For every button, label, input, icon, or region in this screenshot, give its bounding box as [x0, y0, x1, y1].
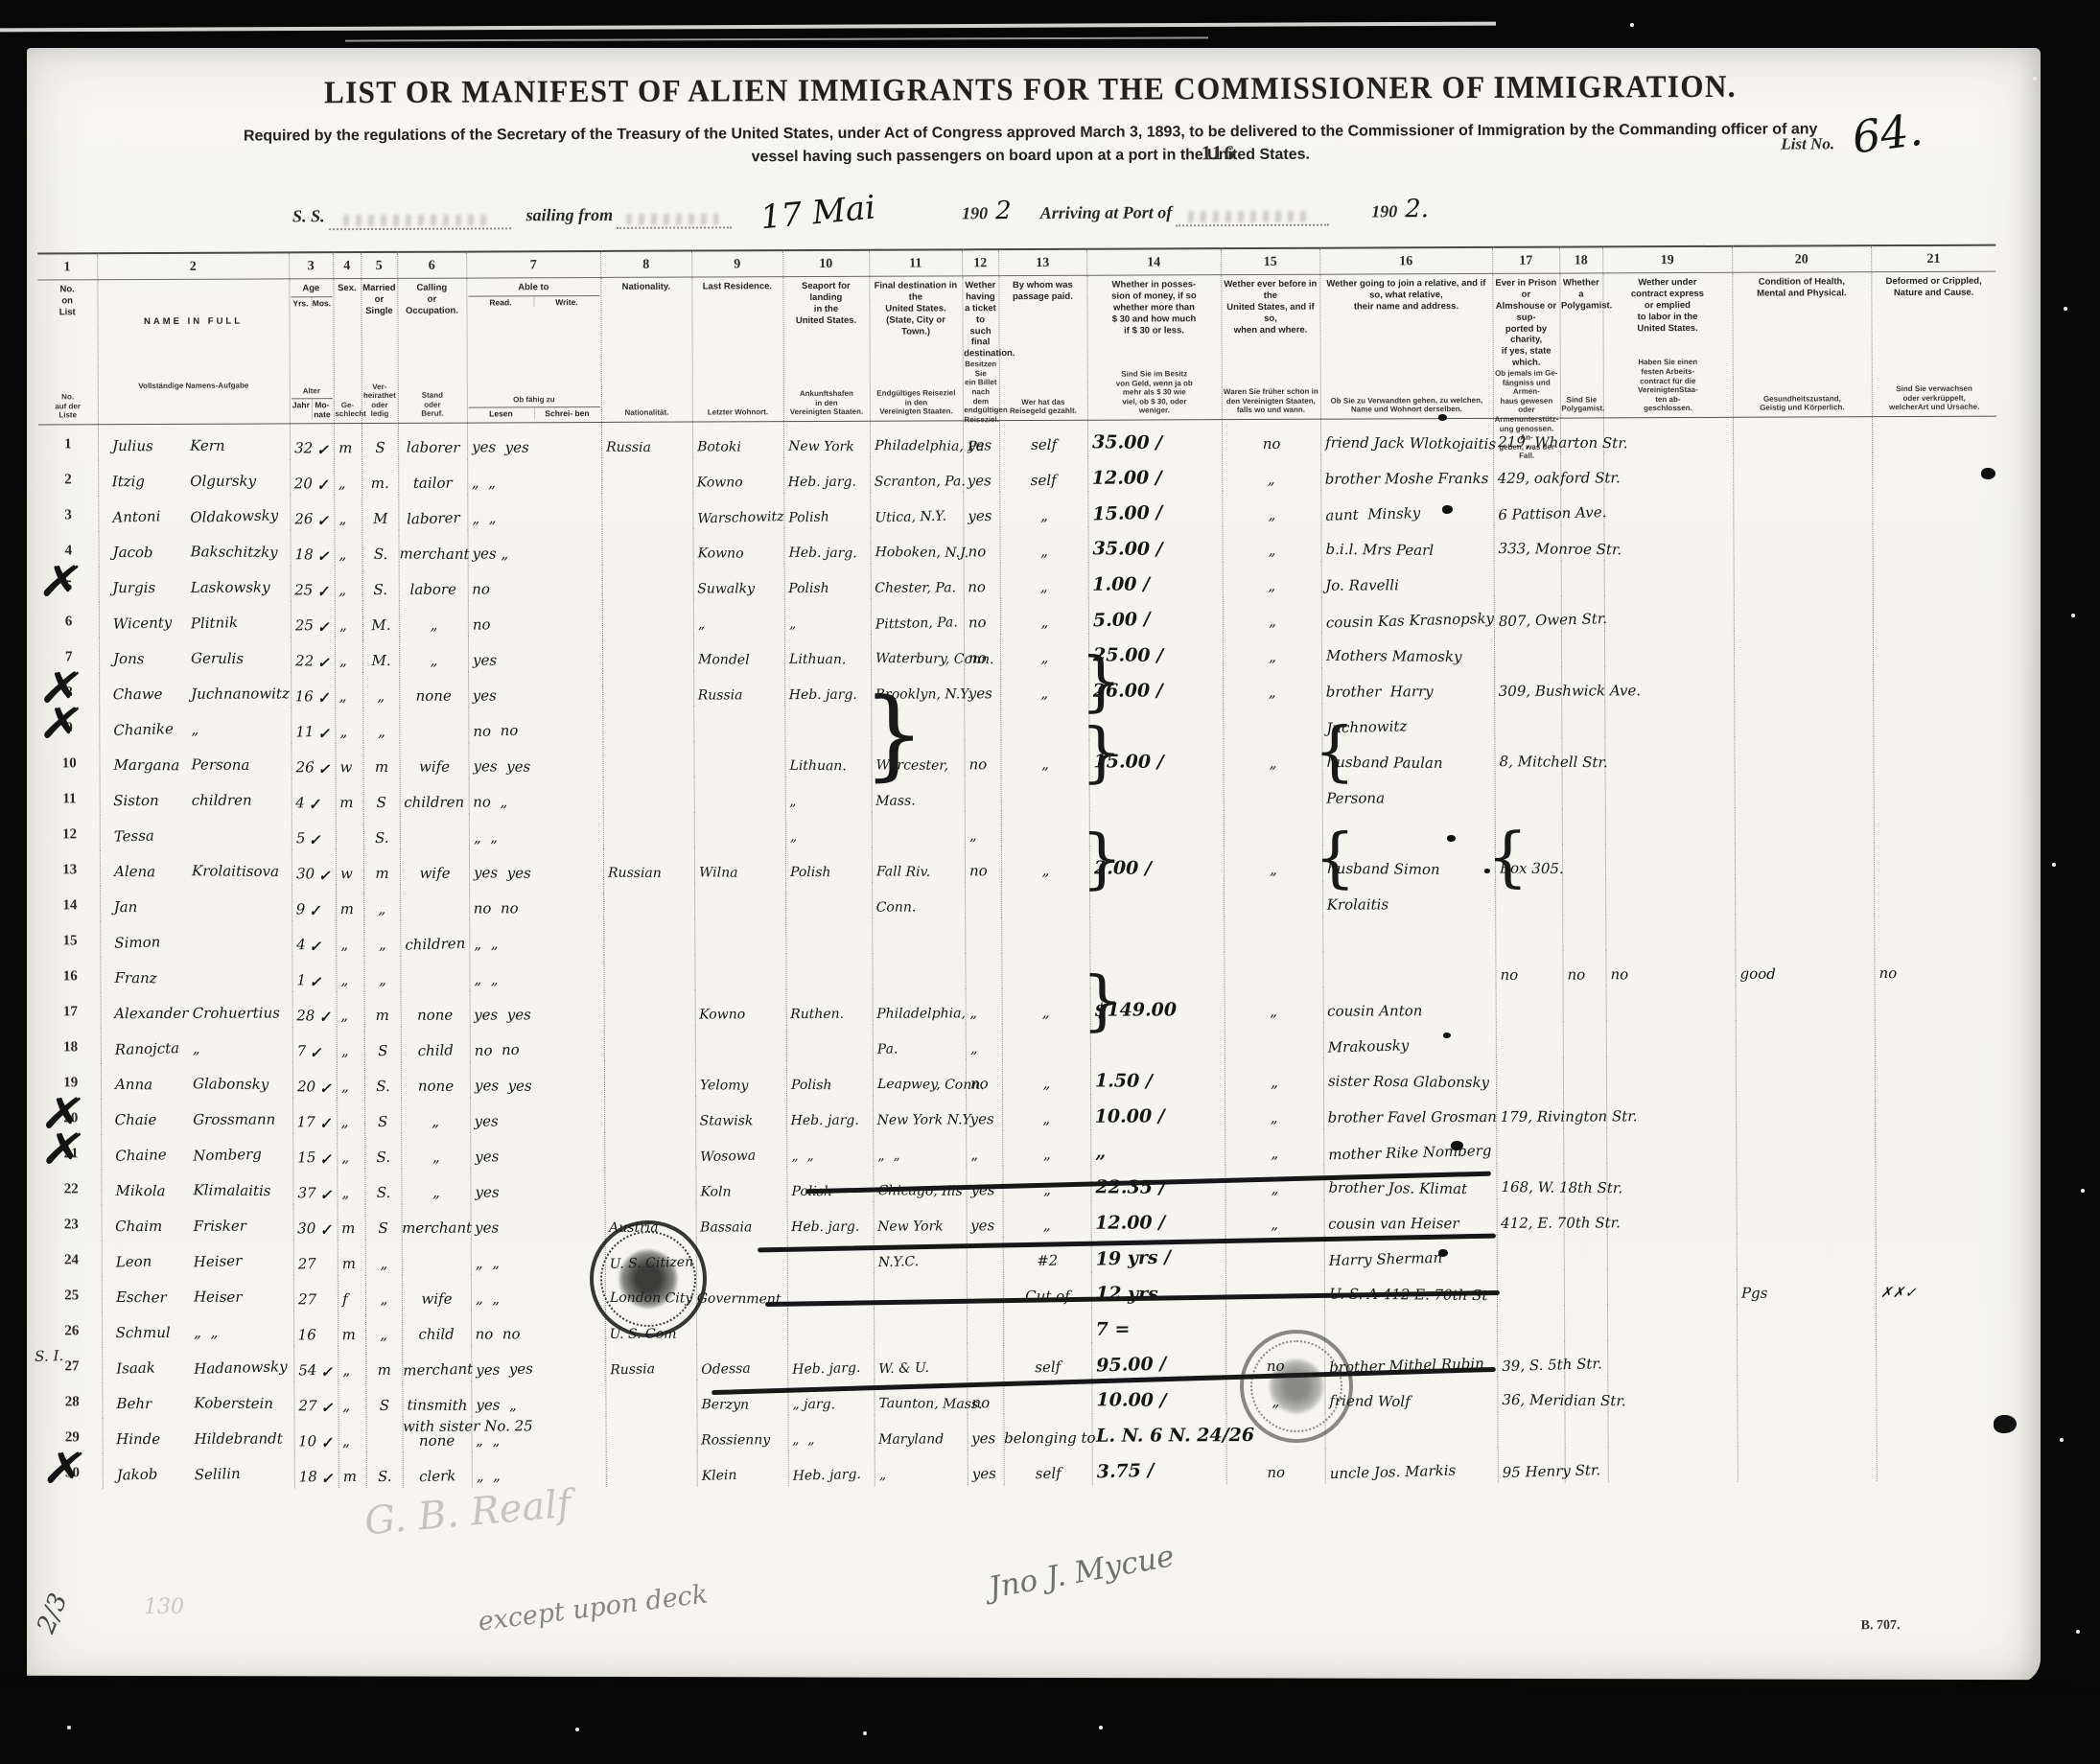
- cell-col21: [1876, 1233, 2000, 1269]
- cell-age: 27: [293, 1240, 338, 1275]
- handwritten-entry: 7 =: [1092, 1321, 1131, 1343]
- cell-married-single: „: [365, 1240, 402, 1275]
- handwritten-entry: Lithuan.: [784, 653, 845, 670]
- handwritten-entry: „: [337, 1044, 348, 1062]
- surname: [189, 986, 193, 989]
- cell-occupation: wife: [402, 1275, 471, 1311]
- column-number-2: 2: [97, 252, 289, 279]
- cell-relative: friend Jack Wlotkojaitis: [1320, 418, 1493, 454]
- cell-col20: [1737, 1304, 1876, 1340]
- cell-age: 11✓: [291, 708, 335, 743]
- cell-col21: [1872, 488, 1996, 524]
- statutory-subtitle: Required by the regulations of the Secre…: [24, 117, 2038, 172]
- handwritten-entry: yes: [968, 1467, 996, 1486]
- handwritten-entry: „: [1002, 1006, 1089, 1024]
- cell-age: 25✓: [291, 601, 335, 637]
- handwritten-entry: Heb. jarg.: [788, 1361, 861, 1381]
- cell-name: MarganaPersona: [99, 743, 291, 779]
- cell-sex: „: [334, 530, 362, 566]
- cell-col18: [1564, 1234, 1607, 1269]
- cell-col19: [1604, 560, 1734, 596]
- handwritten-entry: „: [1223, 614, 1320, 635]
- cell-col18: [1561, 666, 1604, 702]
- handwritten-entry: Pittston, Pa.: [871, 616, 957, 636]
- cell-married-single: „: [362, 708, 399, 743]
- cell-col19: [1606, 1056, 1736, 1093]
- cell-name: Tessa: [100, 814, 292, 850]
- header-en: Wether having a ticket to such final des…: [964, 280, 997, 360]
- cell-col18: [1560, 453, 1603, 489]
- age-value: 27: [294, 1399, 316, 1417]
- cell-destination: }Worcester,: [871, 740, 964, 776]
- cell-married-single: „: [365, 1311, 402, 1346]
- cell-before-us: [1225, 1413, 1324, 1449]
- handwritten-entry: „: [1000, 651, 1087, 670]
- handwritten-entry: m: [364, 1009, 400, 1027]
- handwritten-entry: Russia: [606, 1362, 655, 1381]
- illegible-ship-name: [343, 214, 489, 226]
- handwritten-entry: self: [1000, 474, 1087, 492]
- handwritten-entry: „: [337, 1009, 348, 1027]
- cell-sex: „: [337, 991, 364, 1027]
- surname: Olgursky: [186, 475, 256, 493]
- handwritten-entry: Philadelphia,: [873, 1008, 966, 1025]
- handwritten-entry: „: [967, 1148, 978, 1166]
- handwritten-entry: „: [1225, 1111, 1323, 1129]
- cell-before-us: [1224, 917, 1322, 952]
- subtitle-line-2: vessel having such passengers on board u…: [24, 140, 2038, 172]
- handwritten-entry: #2: [1003, 1253, 1090, 1273]
- cell-col21: [1874, 772, 1998, 808]
- header-de: Letzter Wohnort.: [693, 408, 782, 418]
- cell-name: Sistonchildren: [100, 778, 292, 815]
- handwritten-entry: 35.00 /: [1088, 540, 1162, 563]
- cell-row-number: 24: [42, 1241, 102, 1276]
- cell-col21: no: [1874, 949, 1998, 986]
- ss-label: S. S.: [292, 206, 325, 225]
- cell-money: 19 yrs /: [1091, 1236, 1225, 1272]
- handwritten-entry: Kowno: [693, 546, 743, 564]
- cell-read-write: yes: [470, 1168, 604, 1204]
- cell-row-number: 1: [38, 425, 98, 461]
- cell-last-residence: [695, 1025, 786, 1060]
- cell-name: BehrKoberstein: [102, 1381, 293, 1418]
- age-value: 54: [294, 1363, 317, 1381]
- cell-money: 12 yrs: [1091, 1271, 1225, 1308]
- cell-last-residence: Stawisk: [695, 1096, 786, 1131]
- handwritten-entry: Persona: [1322, 792, 1385, 810]
- surname: Hildebrandt: [191, 1432, 283, 1451]
- cell-read-write: no: [468, 565, 602, 601]
- cell-paid-by: [1001, 953, 1089, 988]
- cell-col21: [1872, 416, 1996, 453]
- handwritten-entry: M: [362, 512, 398, 531]
- cell-name: IsaakHadanowsky: [102, 1346, 293, 1382]
- header-en: Nationality.: [602, 282, 690, 293]
- cell-destination: Philadelphia,: [873, 988, 966, 1024]
- cell-age: 18✓: [294, 1452, 338, 1488]
- cell-paid-by: [1002, 1024, 1090, 1059]
- cell-married-single: S.: [364, 1169, 401, 1204]
- handwritten-entry: m: [366, 1363, 402, 1382]
- cell-last-residence: [694, 777, 785, 812]
- cell-row-number: 14: [40, 886, 100, 921]
- cell-col17: [1497, 1306, 1564, 1341]
- cell-occupation: [400, 814, 469, 849]
- cell-before-us: [1224, 775, 1322, 810]
- cell-row-number: 9✗: [39, 708, 99, 744]
- subheader-de: Mo- nate: [311, 399, 332, 419]
- cell-ticket: yes: [963, 456, 999, 492]
- cell-nationality: [603, 884, 694, 919]
- column-number-13: 13: [998, 249, 1086, 276]
- age-value: 11: [292, 725, 315, 743]
- row-number: 12: [40, 826, 100, 850]
- handwritten-entry: 19 yrs /: [1091, 1249, 1171, 1273]
- handwritten-entry: „: [1001, 686, 1088, 705]
- cell-col20: [1734, 736, 1873, 773]
- surname: Nomberg: [189, 1148, 262, 1168]
- cell-before-us: „: [1223, 668, 1321, 704]
- cell-relative: Jo. Ravelli: [1321, 561, 1494, 597]
- cell-paid-by: „: [1002, 1095, 1090, 1130]
- cell-nationality: [602, 600, 693, 636]
- cell-ticket: [964, 705, 1000, 740]
- handwritten-entry: yes: [967, 1112, 994, 1130]
- sailing-port-blank: [617, 207, 732, 229]
- cell-money: 15.00 /: [1087, 491, 1222, 527]
- handwritten-entry: Russian: [603, 867, 661, 884]
- handwritten-entry: yes: [965, 686, 992, 705]
- handwritten-entry: friend Wolf: [1325, 1394, 1410, 1413]
- cell-paid-by: „: [1002, 988, 1090, 1024]
- cell-read-write: „ „: [472, 1416, 606, 1452]
- row-number: 22: [41, 1181, 101, 1205]
- cell-read-write: no no: [469, 884, 603, 920]
- handwritten-entry: Fall Riv.: [872, 866, 929, 883]
- cell-age: 30✓: [292, 849, 336, 885]
- cell-sex: „: [335, 601, 362, 637]
- cell-col17: 179, Rivington Str.: [1496, 1093, 1563, 1128]
- cell-before-us: „: [1225, 1058, 1323, 1094]
- cell-age: 10✓: [294, 1417, 338, 1452]
- cell-age: 7✓: [292, 1027, 337, 1062]
- cell-occupation: laborer: [398, 423, 467, 459]
- cell-col18: [1564, 1376, 1607, 1411]
- age-value: 30: [292, 867, 314, 885]
- cell-sex: „: [335, 637, 362, 672]
- cell-before-us: [1223, 704, 1321, 739]
- cell-destination: Conn.: [872, 882, 965, 917]
- given-name: Itzig: [108, 475, 145, 493]
- cell-married-single: S: [365, 1204, 402, 1240]
- cell-last-residence: [694, 954, 785, 989]
- handwritten-entry: S: [363, 796, 399, 814]
- handwritten-entry: 15.00 /: [1088, 504, 1163, 528]
- given-name: Jons: [108, 652, 144, 670]
- cell-married-single: „: [363, 920, 400, 956]
- cell-name: JurgisLaskowsky: [99, 566, 291, 602]
- cell-ticket: [967, 1308, 1003, 1343]
- age-value: 10: [294, 1435, 316, 1453]
- cell-last-residence: Warschowitz: [692, 493, 783, 528]
- header-en: Wether under contract express or emplied…: [1604, 277, 1731, 335]
- cell-sex: m: [338, 1204, 365, 1240]
- column-number-20: 20: [1732, 245, 1871, 272]
- cell-name: Ranojcta„: [101, 1027, 292, 1063]
- subheader-de: Schrei- ben: [533, 407, 599, 418]
- handwritten-entry: no: [965, 757, 987, 776]
- header-de: Wer hat das Reisegeld gezahlt.: [1000, 398, 1085, 417]
- cell-paid-by: #2: [1003, 1237, 1091, 1272]
- cell-destination: Waterbury, Conn.: [871, 634, 964, 669]
- cell-col21: [1876, 1339, 2000, 1376]
- cell-age: 15✓: [292, 1133, 337, 1169]
- grouping-brace: }: [863, 677, 925, 791]
- cell-read-write: yes: [470, 1132, 604, 1169]
- cell-relative: Mothers Mamosky: [1321, 632, 1494, 668]
- cell-seaport: Polish: [786, 1167, 873, 1202]
- cell-col18: [1564, 1198, 1607, 1234]
- handwritten-entry: Ruthen.: [786, 1008, 844, 1025]
- cell-last-residence: Kowno: [692, 457, 783, 493]
- cell-ticket: yes: [967, 1414, 1003, 1450]
- cell-seaport: Heb. jarg.: [784, 670, 871, 706]
- cell-money: 35.00 /: [1087, 420, 1222, 456]
- subheader-de: Lesen: [468, 407, 533, 418]
- cell-name: Jan: [100, 885, 292, 921]
- cell-money: 35.00 /: [1087, 526, 1222, 563]
- cell-col18: [1563, 1127, 1606, 1163]
- cell-last-residence: „: [693, 599, 784, 635]
- cell-paid-by: [1001, 917, 1089, 953]
- cell-ticket: yes: [968, 1450, 1004, 1485]
- cell-col19: [1603, 453, 1733, 490]
- header-de: Gesundheitszustand, Geistig und Körperli…: [1734, 394, 1870, 413]
- grouping-brace: }: [1082, 963, 1124, 1039]
- cell-col17: [1496, 1128, 1563, 1164]
- surname: Oldakowsky: [186, 509, 278, 529]
- cell-col18: [1560, 418, 1603, 454]
- cell-paid-by: [1001, 811, 1089, 847]
- surname: Krolaitisova: [188, 864, 279, 883]
- handwritten-entry: no no: [470, 1043, 519, 1062]
- cell-last-residence: [696, 1309, 787, 1344]
- handwritten-entry: Taunton, Mass.: [875, 1397, 982, 1415]
- handwritten-entry: Maryland: [875, 1433, 944, 1451]
- handwritten-entry: Heb. jarg.: [784, 476, 856, 493]
- surname: Heiser: [190, 1254, 243, 1273]
- column-header-5: Married or SingleVer- heirathet oder led…: [361, 278, 398, 423]
- cell-age: 22✓: [291, 637, 335, 672]
- handwritten-entry: yes: [471, 1186, 499, 1204]
- handwritten-entry: Botoki: [693, 441, 741, 458]
- cell-occupation: tailor: [398, 459, 467, 495]
- header-de: Endgültiges Reiseziel in den Vereinigten…: [871, 389, 961, 417]
- handwritten-entry: „: [1224, 685, 1321, 704]
- handwritten-entry: Lithuan.: [785, 759, 846, 777]
- handwritten-entry: „: [1223, 650, 1320, 669]
- cell-row-number: 12: [40, 815, 100, 850]
- age-value: 26: [292, 760, 314, 778]
- surname: Koberstein: [190, 1396, 273, 1415]
- cell-col19: [1605, 844, 1735, 880]
- cell-married-single: S: [362, 423, 398, 459]
- handwritten-entry: none: [400, 689, 468, 708]
- grouping-brace: {: [1314, 821, 1356, 896]
- cell-row-number: 22: [41, 1170, 101, 1205]
- handwritten-entry: no: [964, 545, 986, 563]
- handwritten-entry: „: [1225, 1218, 1323, 1236]
- handwritten-entry: m: [363, 760, 399, 778]
- handwritten-entry: no: [965, 864, 987, 882]
- handwritten-entry: „: [1225, 1005, 1322, 1023]
- handwritten-entry: Conn.: [873, 901, 917, 918]
- column-number-11: 11: [869, 249, 962, 276]
- cell-seaport: „ „: [787, 1415, 874, 1451]
- check-mark: ✓: [316, 1472, 333, 1490]
- cell-relative: aunt Minsky: [1320, 490, 1493, 526]
- handwritten-entry: no: [968, 1396, 990, 1414]
- year-digit-handwritten-1: 2: [995, 197, 1012, 225]
- cell-col21: [1876, 1304, 2000, 1340]
- cell-ticket: no: [966, 1059, 1002, 1095]
- given-name: Chaie: [111, 1113, 157, 1131]
- handwritten-entry: S: [365, 1221, 401, 1240]
- page-number-stamp: 116: [1202, 141, 1236, 165]
- cell-col19: [1607, 1198, 1737, 1235]
- handwritten-entry: „: [1223, 579, 1320, 597]
- handwritten-entry: „: [1224, 756, 1321, 776]
- given-name: Alexander: [110, 1007, 188, 1025]
- cell-nationality: [602, 565, 693, 600]
- cell-col21: ✗✗✓: [1876, 1268, 2000, 1305]
- handwritten-entry: no: [468, 617, 490, 636]
- cell-money: }$149.00: [1090, 987, 1225, 1024]
- cell-col19: [1607, 1305, 1737, 1341]
- given-name: Chaim: [111, 1219, 162, 1238]
- cell-seaport: „: [784, 599, 871, 635]
- cell-sex: m: [338, 1452, 366, 1488]
- cell-ticket: yes: [967, 1201, 1003, 1237]
- handwritten-entry: 95.00 /: [1091, 1356, 1166, 1380]
- handwritten-entry: no: [964, 580, 986, 598]
- row-number: 28: [42, 1394, 102, 1418]
- cell-sex: „: [335, 672, 362, 708]
- cell-row-number: 23: [42, 1205, 102, 1241]
- handwritten-entry: m: [337, 902, 354, 920]
- handwritten-entry: „: [1223, 473, 1320, 491]
- handwritten-entry: yes: [964, 474, 992, 492]
- cell-age: 1✓: [292, 956, 336, 991]
- column-header-16: Wether going to join a relative, and if …: [1319, 273, 1493, 419]
- header-de: Vollständige Namens-Aufgabe: [99, 382, 288, 391]
- cell-relative: cousin Anton: [1323, 986, 1496, 1023]
- handwritten-entry: S: [365, 1115, 401, 1133]
- cell-sex: „: [336, 956, 363, 991]
- column-header-12: Wether having a ticket to such final des…: [962, 276, 999, 421]
- cell-before-us: [1225, 1236, 1324, 1271]
- header-de: Ankunftshafen in den Vereinigten Staaten…: [784, 389, 868, 417]
- cell-occupation: merchant: [402, 1204, 471, 1240]
- row-number: 11: [40, 791, 100, 815]
- cell-col20: [1736, 985, 1875, 1021]
- handwritten-entry: Polish: [786, 1079, 831, 1096]
- cell-col19: [1604, 631, 1734, 667]
- handwritten-entry: yes: [471, 1115, 499, 1133]
- scan-dust-speck: [2064, 307, 2067, 311]
- cell-sex: [336, 814, 363, 849]
- cell-occupation: wife: [400, 849, 469, 885]
- cell-col17: 429, oakford Str.: [1493, 454, 1560, 490]
- cell-occupation: [400, 885, 469, 920]
- age-value: 1: [292, 974, 306, 992]
- cell-read-write: „ „: [469, 955, 603, 991]
- age-value: 18: [291, 547, 313, 566]
- handwritten-entry: Heb. jarg.: [788, 1468, 861, 1487]
- column-header-9: Last Residence.Letzter Wohnort.: [691, 277, 783, 422]
- cell-occupation: none: [401, 991, 470, 1027]
- cell-col21: [1873, 665, 1997, 702]
- cell-nationality: [604, 990, 695, 1026]
- cell-col19: [1606, 1021, 1736, 1057]
- grouping-brace: {: [1486, 820, 1528, 895]
- handwritten-entry: „ „: [469, 830, 498, 849]
- handwritten-entry: 10.00 /: [1092, 1391, 1166, 1414]
- cell-age: 26✓: [291, 743, 335, 778]
- cell-married-single: M: [362, 495, 398, 530]
- cell-row-number: 18: [41, 1028, 101, 1063]
- cell-col18: no: [1562, 950, 1605, 986]
- cell-before-us: „: [1224, 846, 1322, 881]
- cell-destination: „: [874, 1272, 967, 1308]
- handwritten-entry: „: [335, 476, 346, 495]
- cell-row-number: 3: [38, 496, 98, 531]
- cell-name: MikolaKlimalaitis: [101, 1169, 292, 1205]
- cell-last-residence: Wilna: [694, 847, 785, 883]
- cell-occupation: „: [399, 601, 468, 637]
- cell-col21: [1874, 878, 1998, 915]
- cell-name: EscherHeiser: [102, 1275, 293, 1311]
- cell-money: 22.35 /: [1090, 1165, 1225, 1201]
- handwritten-entry: belonging to: [1004, 1431, 1091, 1450]
- cell-col18: [1563, 1021, 1606, 1056]
- cell-read-write: yes yes: [469, 848, 603, 885]
- cell-married-single: M.: [362, 637, 399, 672]
- cell-col21: [1873, 736, 1997, 773]
- cell-col18: [1560, 489, 1603, 524]
- handwritten-entry: „ „: [468, 476, 496, 495]
- cell-last-residence: [696, 1273, 787, 1309]
- cell-married-single: „: [362, 672, 399, 708]
- handwritten-entry: child: [401, 1043, 469, 1063]
- cell-read-write: yes yes: [471, 1345, 605, 1381]
- handwritten-entry: „: [1225, 1076, 1322, 1095]
- handwritten-entry: „: [365, 1257, 401, 1276]
- cell-read-write: yes „: [467, 529, 601, 566]
- cell-married-single: m: [364, 991, 401, 1027]
- cell-col19: [1604, 595, 1734, 632]
- given-name: Tessa: [109, 829, 154, 848]
- handwritten-entry: Polish: [784, 511, 829, 529]
- cell-name: AlenaKrolaitisova: [100, 849, 292, 886]
- cell-col19: [1604, 737, 1734, 774]
- cell-destination: Hoboken, N.J.: [870, 527, 963, 563]
- cell-col18: [1564, 1340, 1607, 1376]
- surname: Persona: [187, 758, 249, 777]
- handwritten-entry: „: [338, 1363, 350, 1381]
- handwritten-entry: „: [338, 1115, 349, 1133]
